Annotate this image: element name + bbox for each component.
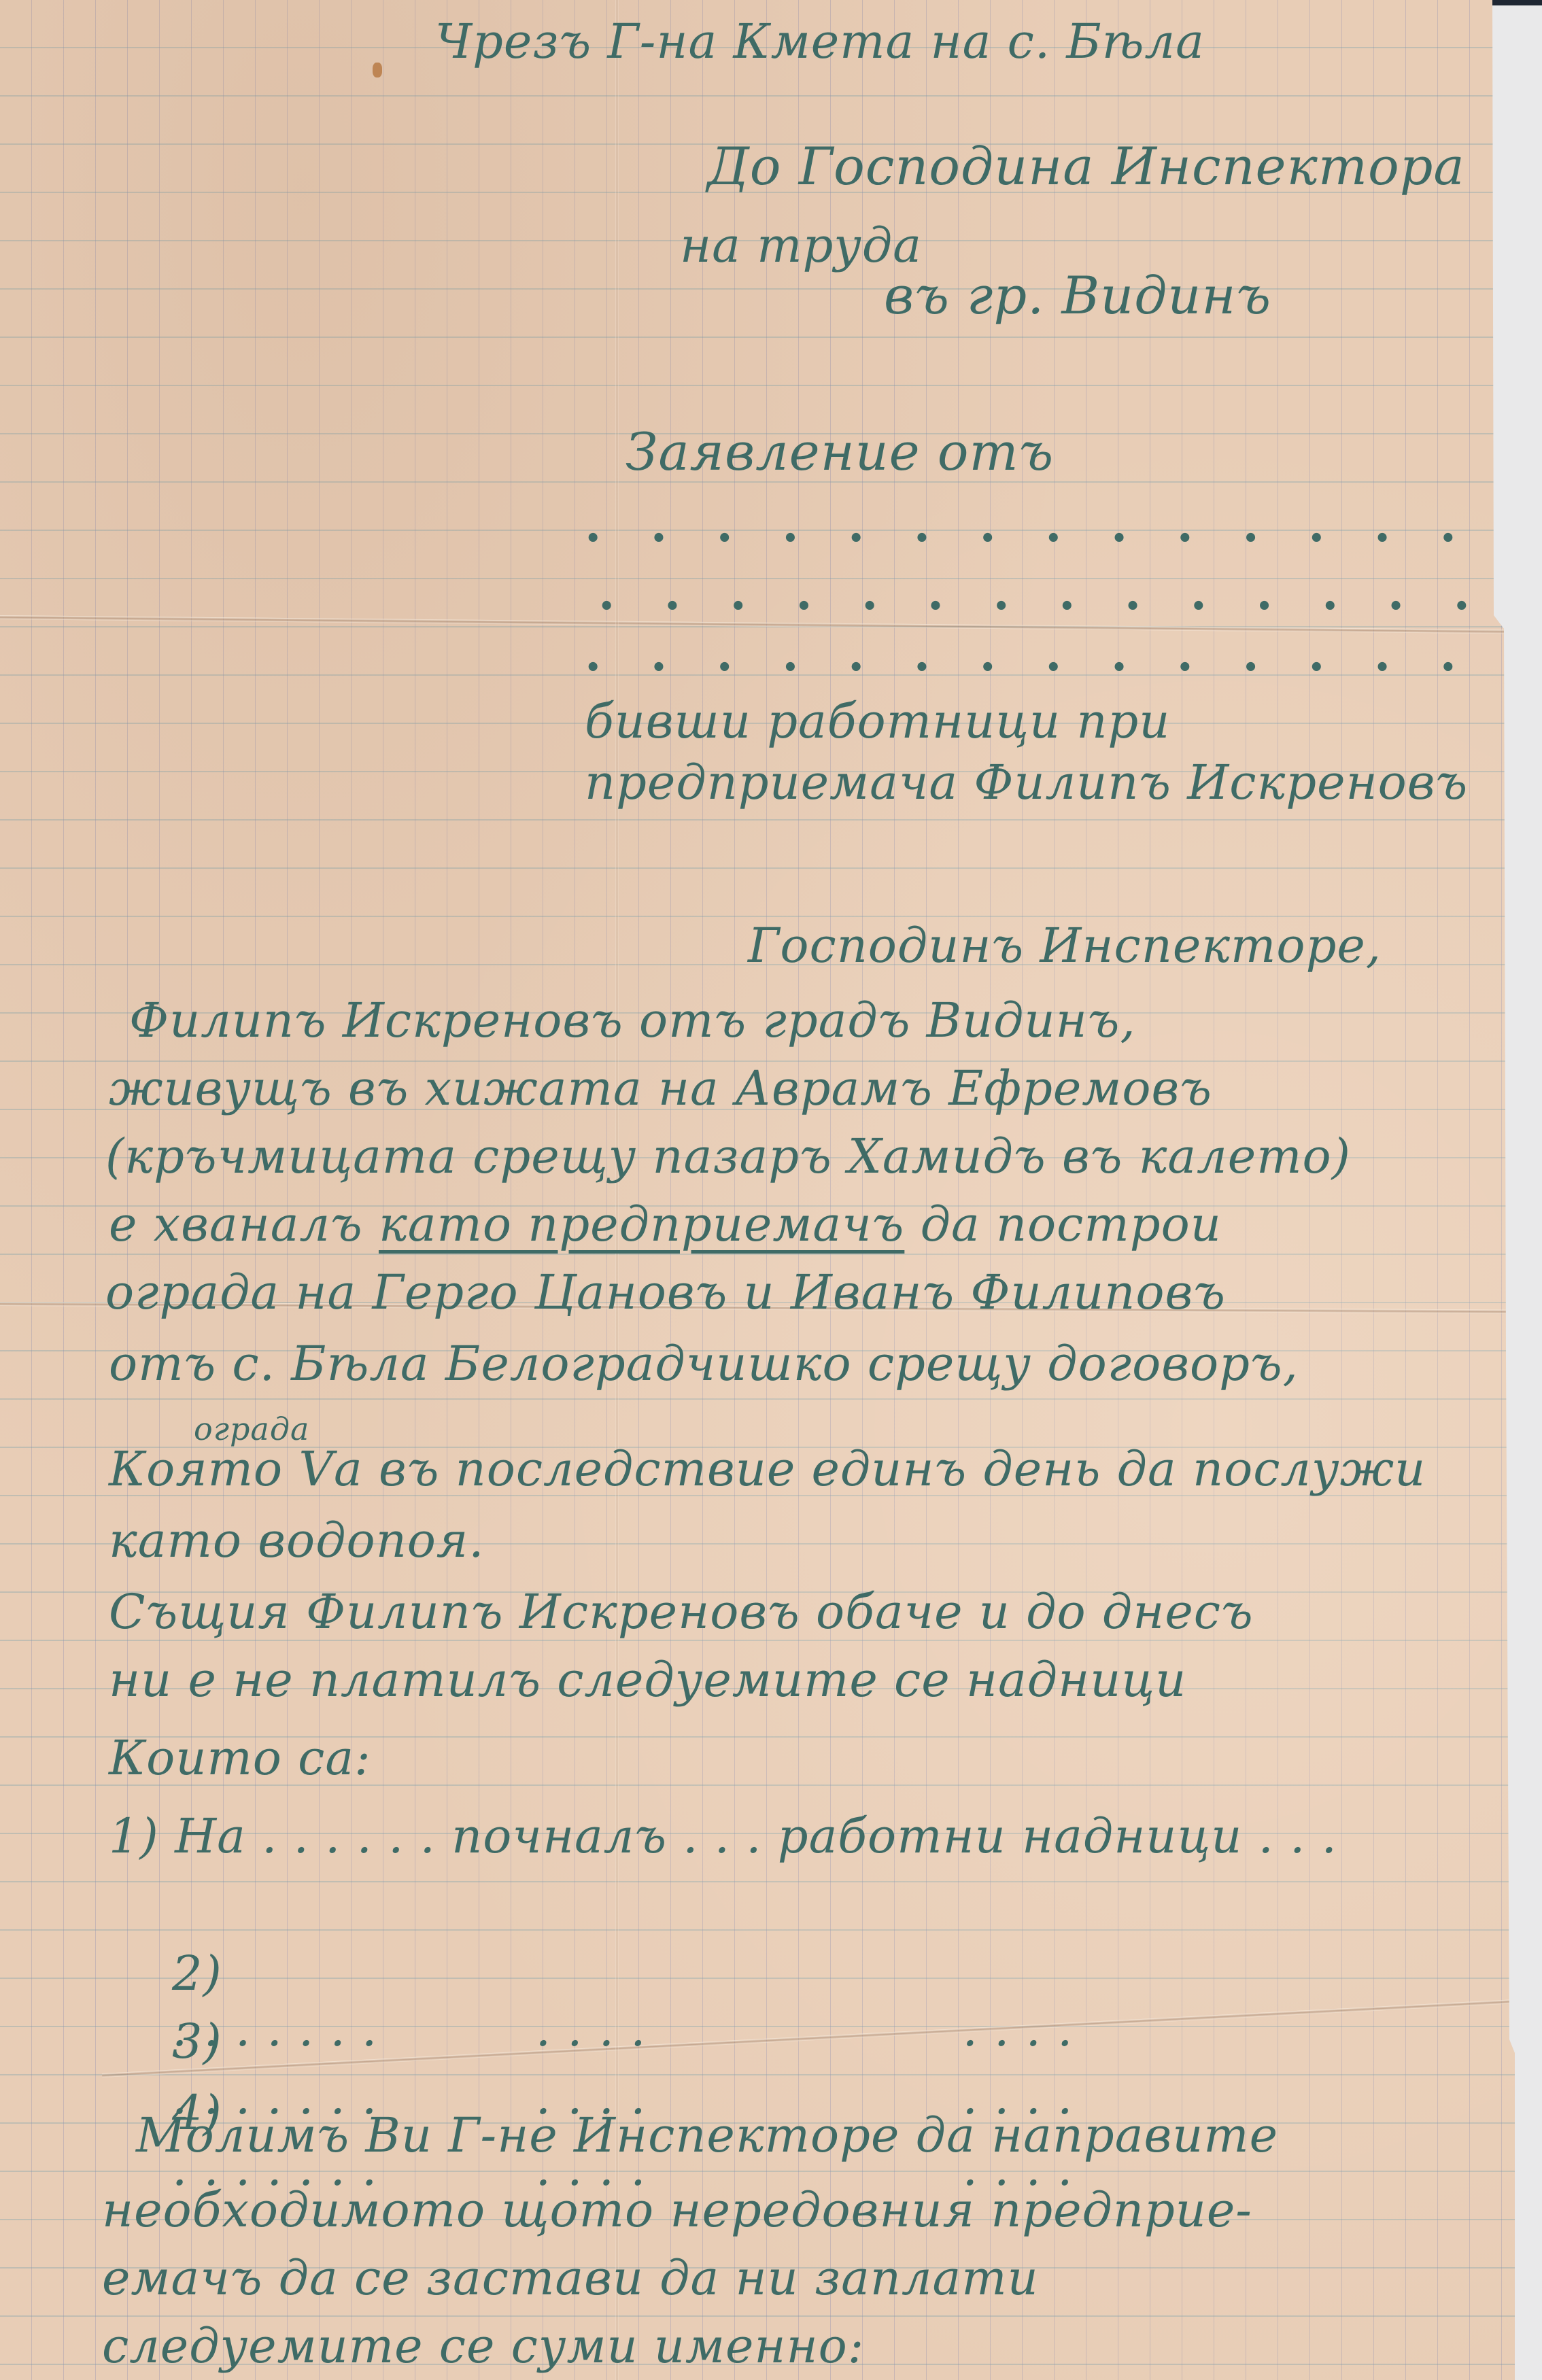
applicant-blank-2: . . . . . . . . . . . . . . . (598, 564, 1542, 621)
scanner-edge (1492, 0, 1542, 5)
closing-line-2: необходимото щото нередовния предприе- (102, 2182, 1252, 2238)
applicant-description-1: бивши работници при (585, 693, 1170, 749)
routing-annotation: Чрезъ Г-на Кмета на с. Бѣла (435, 14, 1205, 69)
applicant-blank-1: . . . . . . . . . . . . . . . (585, 496, 1539, 553)
body-line-4-prefix: е хваналъ (109, 1196, 363, 1252)
wage-item-1: 1) На . . . . . . почналъ . . . работни … (109, 1808, 1337, 1864)
body-line-4-underlined: като предприемачъ (379, 1196, 904, 1252)
body-line-5: ограда на Герго Цановъ и Иванъ Филиповъ (105, 1264, 1226, 1320)
closing-line-3: емачъ да се застави да ни заплати (102, 2250, 1039, 2306)
closing-line-1: Молимъ Ви Г-не Инспекторе да направите (136, 2107, 1278, 2163)
letter-page: Чрезъ Г-на Кмета на с. Бѣла До Господина… (0, 0, 1515, 2380)
body-line-8: като водопоя. (109, 1513, 485, 1568)
applicant-blank-3: . . . . . . . . . . . . . . . . (585, 625, 1542, 682)
body-line-9: Същия Филипъ Искреновъ обаче и до днесъ (109, 1584, 1254, 1640)
body-line-6: отъ с. Бѣла Белоградчишко срещу договоръ… (109, 1336, 1299, 1392)
closing-line-4: следуемите се суми именно: (102, 2318, 864, 2374)
salutation: Господинъ Инспекторе, (748, 918, 1382, 973)
addressee-line-1: До Господина Инспектора (707, 136, 1465, 196)
body-line-4: е хваналъ като предприемачъ да построи (109, 1196, 1222, 1252)
body-line-4-suffix: да построи (921, 1196, 1222, 1252)
petition-title: Заявление отъ (626, 421, 1054, 482)
body-line-3: (кръчмицата срещу пазаръ Хамидъ въ калет… (105, 1128, 1351, 1184)
wage-item-text: На . . . . . . почналъ . . . работни над… (175, 1808, 1337, 1864)
body-line-1: Филипъ Искреновъ отъ градъ Видинъ, (129, 993, 1136, 1048)
body-line-7: Която Vа въ последствие единъ день да по… (109, 1441, 1426, 1497)
addressee-line-3: въ гр. Видинъ (884, 265, 1271, 326)
body-line-2: живущъ въ хижата на Аврамъ Ефремовъ (109, 1060, 1212, 1116)
wage-item-number: 1) (109, 1808, 159, 1864)
body-line-11: Които са: (109, 1730, 371, 1786)
rust-stain (373, 63, 382, 77)
body-line-10: ни е не платилъ следуемите се надници (109, 1652, 1186, 1708)
applicant-description-2: предприемача Филипъ Искреновъ (585, 755, 1468, 810)
